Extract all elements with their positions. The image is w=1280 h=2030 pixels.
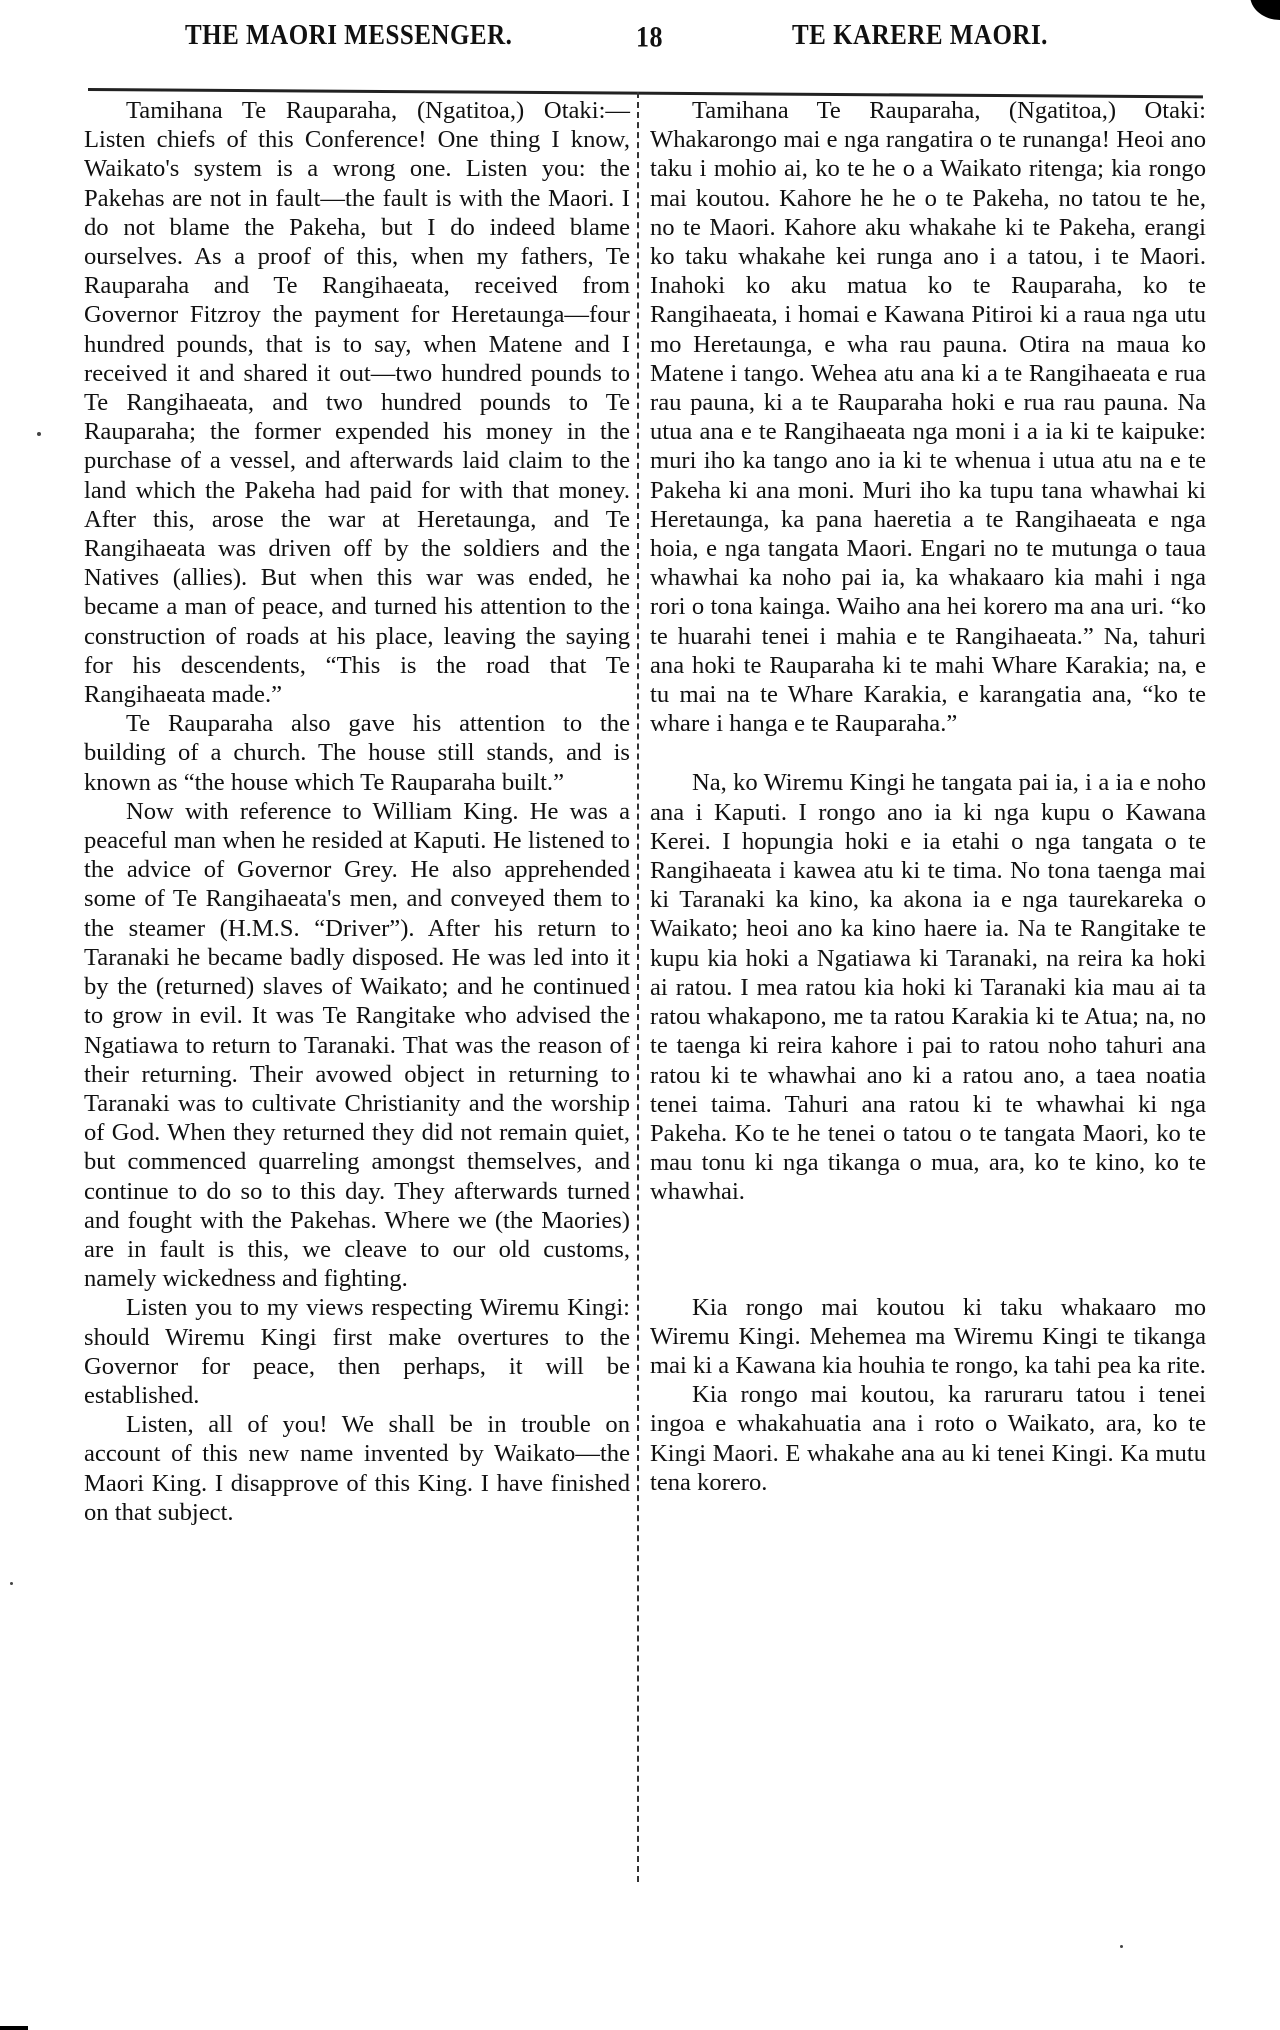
paragraph-maori-king: Listen, all of you! We shall be in troub…	[84, 1410, 630, 1527]
paragraph-maori-king-maori: Kia rongo mai koutou, ka raruraru tatou …	[650, 1380, 1206, 1497]
page-header: THE MAORI MESSENGER. 18 TE KARERE MAORI.	[0, 8, 1280, 68]
maori-column: Tamihana Te Rauparaha, (Ngatitoa,) Otaki…	[650, 96, 1206, 1497]
paragraph-views-maori: Kia rongo mai koutou ki taku whakaaro mo…	[650, 1293, 1206, 1381]
paragraph-tamihana-speech: Tamihana Te Rauparaha, (Ngatitoa,) Otaki…	[84, 96, 630, 709]
ink-speck	[37, 432, 41, 436]
paragraph-william-king: Now with reference to William King. He w…	[84, 797, 630, 1293]
scan-edge-mark	[0, 2026, 28, 2030]
page-number: 18	[636, 20, 663, 55]
english-column: Tamihana Te Rauparaha, (Ngatitoa,) Otaki…	[84, 96, 630, 1527]
newspaper-title-english: THE MAORI MESSENGER.	[185, 20, 512, 52]
paragraph-church: Te Rauparaha also gave his attention to …	[84, 709, 630, 797]
paragraph-wiremu-kingi-views: Listen you to my views respecting Wiremu…	[84, 1293, 630, 1410]
ink-speck	[1120, 1945, 1123, 1948]
ink-speck	[10, 1582, 13, 1585]
newspaper-title-maori: TE KARERE MAORI.	[792, 20, 1048, 52]
paragraph-gap	[650, 1207, 1206, 1293]
paragraph-wiremu-kingi-maori: Na, ko Wiremu Kingi he tangata pai ia, i…	[650, 768, 1206, 1206]
paragraph-tamihana-speech-maori: Tamihana Te Rauparaha, (Ngatitoa,) Otaki…	[650, 96, 1206, 738]
paragraph-gap	[650, 738, 1206, 768]
column-divider	[637, 92, 639, 1882]
